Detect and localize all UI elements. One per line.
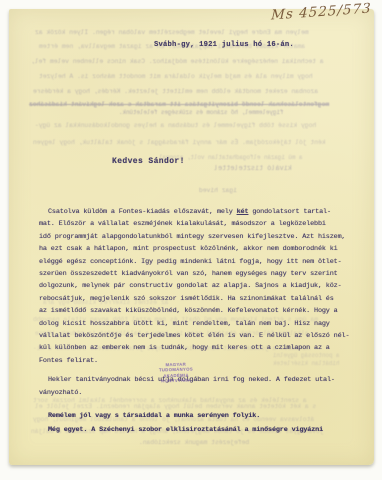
letter-line: rebocsátjuk, megjelenik szó sokszor ismé… [39,293,362,305]
letter-line: Csatolva küldöm a Fontes-kiadás előszavá… [39,206,362,218]
letter-line: eléggé egész conceptiónk. Igy pedig mind… [39,256,362,268]
letter-line: szerüen összeszedett kiadványokról van s… [39,268,362,280]
letter-paragraph: Még egyet. A Széchenyi szobor elklisiroz… [39,424,362,436]
letter-line: ványozható. [39,387,362,399]
library-stamp: MAGYARTUDOMÁNYOS AKADÉMIAKÖNYVTÁRA [147,361,206,384]
bleedthrough-line: kiváló tisztelettel [214,165,292,173]
bleedthrough-line: hogy milyen alá és majd melyik oldalára … [39,73,313,80]
bleedthrough-line: befejezést magunk szekcióban. [139,439,249,446]
bleedthrough-line: megfontolásoknak leendő bizonyítgatása i… [29,101,329,108]
bleedthrough-line: hogy kissé több figyelemmel és tudásban … [35,122,316,129]
letter-line: dolog kicsit hosszabbra ütött ki, mint r… [39,318,362,330]
letter-paragraph: Remélem jól vagy s társaiddal a munka se… [39,410,362,422]
letter-line: mat. Először a vállalat eszméjének kiala… [39,218,362,230]
bleedthrough-line: igaz hived [199,187,237,194]
letter-body: Csatolva küldöm a Fontes-kiadás előszavá… [39,206,362,436]
letter-salutation: Kedves Sándor! [112,157,185,166]
letter-line: dolgozunk, melynek pár constructiv gondo… [39,280,362,292]
letter-dateline: Svábh-gy, 1921 julius hó 16-án. [154,41,294,49]
letter-line: Még egyet. A Széchenyi szobor elklisiroz… [39,424,362,436]
letter-line: idő programmját alapgondolatunkból minte… [39,231,362,243]
letter-line: vállalat beköszöntője és terjedelmes köt… [39,330,362,342]
bleedthrough-line: ként jól tájékozódjam. És már annyi fára… [33,139,326,146]
bleedthrough-line: melyen ma Endre hegyi levelet megbeszélt… [35,29,309,36]
bleedthrough-line: figyelemmel, hő szánom és szükséges fele… [119,109,284,116]
letter-line: kül különben az emberek nem is tudnák, h… [39,342,362,354]
letter-line: ha ezt csak a hátlapon, mint prospectust… [39,243,362,255]
letter-line: Remélem jól vagy s társaiddal a munka se… [39,410,362,422]
letter-paper: melyen ma Endre hegyi levelet megbeszélt… [9,9,374,465]
letter-line: az ismétlődő szavakat kiküszöbölnéd, kös… [39,305,362,317]
bleedthrough-line: azonban ezeket mondták előbb nem említet… [33,88,318,95]
bleedthrough-line: a technikai nehézségekre különítése módj… [31,58,324,65]
letter-paragraph: Csatolva küldöm a Fontes-kiadás előszavá… [39,206,362,367]
